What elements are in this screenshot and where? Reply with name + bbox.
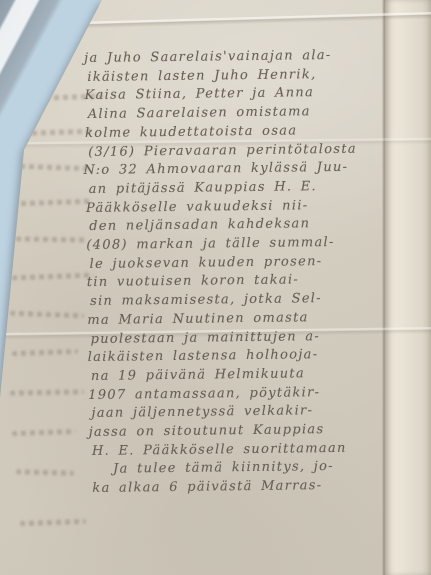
ink-showthrough xyxy=(12,349,78,356)
paper-shadow: ja Juho Saarelais'vainajan ala-ikäisten … xyxy=(0,0,431,575)
fold-crease-top xyxy=(0,12,431,31)
paper-sheet: ja Juho Saarelais'vainajan ala-ikäisten … xyxy=(0,0,431,575)
ink-showthrough xyxy=(14,129,92,137)
ink-showthrough xyxy=(20,164,90,171)
photo-of-document: ja Juho Saarelais'vainajan ala-ikäisten … xyxy=(0,0,431,575)
ink-showthrough xyxy=(16,469,74,476)
ink-showthrough xyxy=(16,236,88,242)
ink-showthrough xyxy=(10,311,84,319)
ink-showthrough xyxy=(12,273,94,281)
ink-showthrough xyxy=(12,199,92,207)
handwritten-text: ja Juho Saarelais'vainajan ala-ikäisten … xyxy=(84,46,391,499)
ink-showthrough xyxy=(12,429,76,436)
ink-showthrough xyxy=(10,389,84,395)
handwriting-line: ka alkaa 6 päivästä Marras- xyxy=(92,476,391,498)
ink-showthrough xyxy=(20,519,86,526)
